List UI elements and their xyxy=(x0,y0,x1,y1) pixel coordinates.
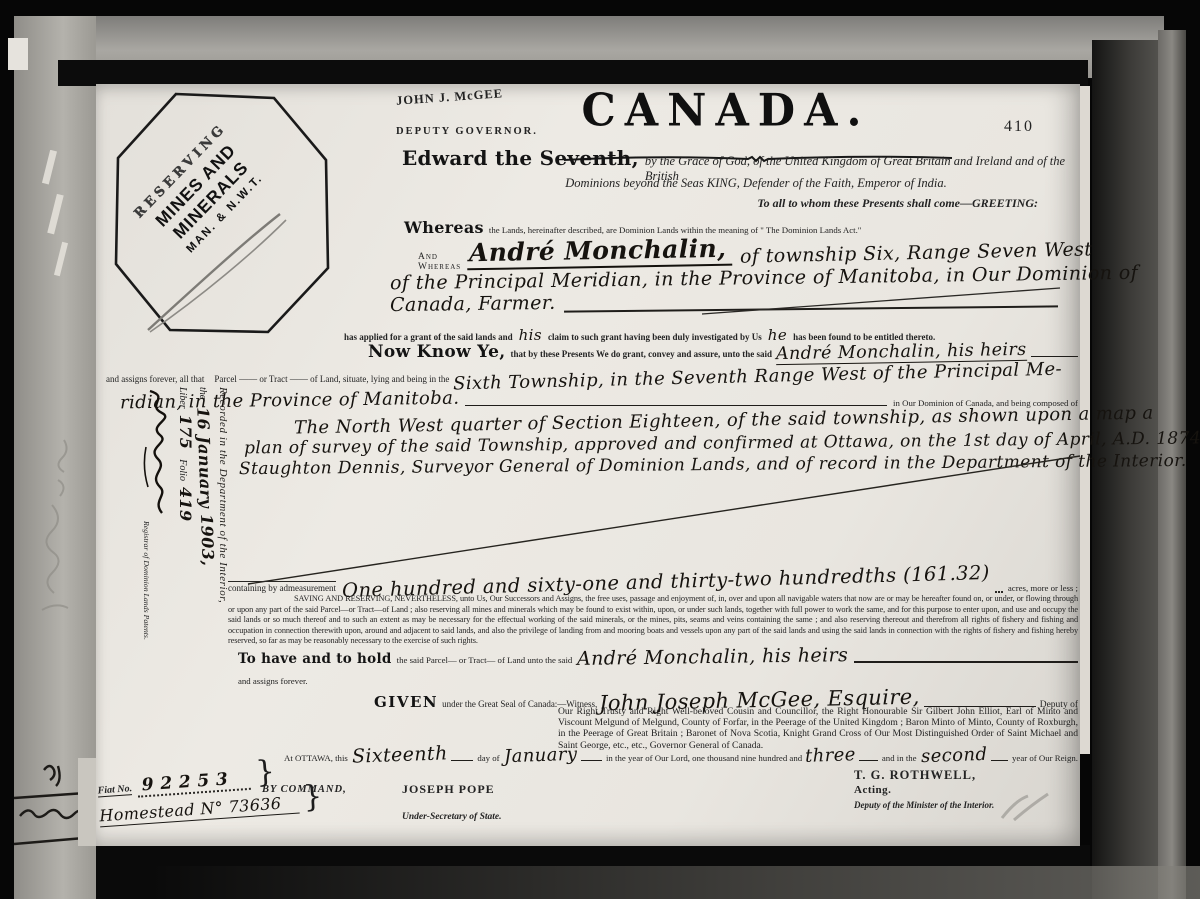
fill-diagonal-small xyxy=(702,284,1062,316)
and-in-the-text: and in the xyxy=(882,753,917,763)
assigns-forever-line: and assigns forever. xyxy=(238,676,308,686)
book-bottom-edge xyxy=(150,866,1200,899)
fill-rule xyxy=(451,756,473,761)
folio-value-handwritten: 419 xyxy=(176,487,195,522)
saving-reserving-paragraph: SAVING AND RESERVING, NEVERTHELESS, unto… xyxy=(228,594,1078,647)
land-patent-document: RESERVING MINES AND MINERALS MAN. & N.W.… xyxy=(96,84,1080,846)
applied-print-2: claim to such grant having been duly inv… xyxy=(548,332,762,342)
acreage-line: containing by admeasurement One hundred … xyxy=(228,570,1078,593)
under-secretary-title: Under-Secretary of State. xyxy=(402,812,501,822)
monarch-name: Edward the Seventh, xyxy=(402,146,639,170)
containing-label: containing by admeasurement xyxy=(228,581,336,593)
the-label: the xyxy=(197,387,208,399)
year-handwritten: three xyxy=(805,744,856,767)
registrar-line: Registrar of Dominion Lands Patents. xyxy=(142,387,176,651)
pencil-smudge xyxy=(996,784,1056,824)
acting-label: Acting. xyxy=(854,784,891,796)
royal-style-line2: Dominions beyond the Seas KING, Defender… xyxy=(456,176,1056,191)
fill-rule xyxy=(991,756,1008,761)
recorded-date-handwritten: 16 January 1903, xyxy=(193,407,218,567)
page-stack-shadow xyxy=(58,60,1088,86)
recorded-in-department: Recorded in the Department of the Interi… xyxy=(217,387,229,651)
brace-glyph: } xyxy=(255,762,275,783)
parcel-line: and assigns forever, all that Parcel —— … xyxy=(106,366,1078,387)
habendum-print-1: the said Parcel— or Tract— of Land unto … xyxy=(397,655,573,665)
to-have-and-hold-label: To have and to hold xyxy=(238,651,392,667)
grant-print-2b: Parcel —— or Tract —— of Land, situate, … xyxy=(214,374,449,384)
now-know-ye-label: Now Know Ye, xyxy=(368,342,505,362)
liber-folio-line: Liber 175 Folio 419 xyxy=(176,387,195,651)
grant-print-2: and assigns forever, all that xyxy=(106,374,204,384)
day-of-text: day of xyxy=(477,753,499,763)
whereas-line: Whereas the Lands, hereinafter described… xyxy=(404,218,861,237)
acres-more-or-less: acres, more or less ; xyxy=(1008,583,1078,593)
greeting-line: To all to whom these Presents shall come… xyxy=(656,196,1038,211)
reign-year-handwritten: second xyxy=(920,744,987,767)
fill-rule xyxy=(581,756,602,761)
recorded-date-line: the 16 January 1903, xyxy=(196,387,215,651)
deputy-minister-title: Deputy of the Minister of the Interior. xyxy=(854,800,994,810)
folio-page-number: 410 xyxy=(1004,118,1034,136)
margin-recording-note: Recorded in the Department of the Interi… xyxy=(103,387,229,651)
page-corner-fragment xyxy=(8,38,28,70)
applied-print-1: has applied for a grant of the said land… xyxy=(344,332,513,342)
grant-print-1: that by these Presents We do grant, conv… xyxy=(510,349,772,359)
fill-dotted-rule xyxy=(995,587,1003,593)
photographed-ledger-page: RESERVING MINES AND MINERALS MAN. & N.W.… xyxy=(0,0,1200,899)
habendum-line: To have and to hold the said Parcel— or … xyxy=(238,646,1078,668)
fill-rule xyxy=(465,401,887,406)
liber-value-handwritten: 175 xyxy=(176,415,195,450)
occupation-handwritten: Canada, Farmer. xyxy=(390,292,556,316)
applied-print-3: has been found to be entitled thereto. xyxy=(793,332,935,342)
registrar-title: Registrar of Dominion Lands Patents. xyxy=(142,521,151,640)
fill-rule xyxy=(859,756,878,761)
whereas-clause: the Lands, hereinafter described, are Do… xyxy=(489,225,861,235)
registrar-signature xyxy=(142,387,176,517)
fill-rule xyxy=(1031,352,1078,357)
edge-highlight-marks xyxy=(36,150,76,280)
file-numbers-block: Fiat No. 9 2 2 5 3 } Homestead N° 73636 … xyxy=(97,754,400,828)
habendum-hand-name: André Monchalin, his heirs xyxy=(577,644,848,670)
folio-label: Folio xyxy=(177,459,188,481)
rothwell-signature: T. G. ROTHWELL, xyxy=(854,768,976,783)
dateline: At OTTAWA, this Sixteenth day of January… xyxy=(284,744,1078,766)
year-of-lord-text: in the year of Our Lord, one thousand ni… xyxy=(606,753,802,763)
pencil-check-mark xyxy=(114,92,330,336)
whereas-label: Whereas xyxy=(404,218,484,237)
faint-margin-scribbles xyxy=(18,410,94,660)
previous-page-writing-fragment xyxy=(14,752,100,852)
and-whereas-label: And Whereas xyxy=(418,252,461,272)
year-of-reign-text: year of Our Reign. xyxy=(1012,753,1078,763)
grantee-name-handwritten: André Monchalin, xyxy=(467,234,733,271)
fill-rule xyxy=(854,657,1079,663)
page-title: CANADA. xyxy=(496,85,956,138)
given-label: GIVEN xyxy=(374,693,438,711)
brace-glyph: } xyxy=(302,787,322,808)
deputy-governor-signature: JOHN J. McGEE xyxy=(396,86,504,108)
under-secretary-signature: JOSEPH POPE xyxy=(402,782,495,797)
fiat-label: Fiat No. xyxy=(97,783,132,797)
mines-minerals-stamp: RESERVING MINES AND MINERALS MAN. & N.W.… xyxy=(114,92,330,336)
month-handwritten: January xyxy=(503,744,577,768)
liber-label: Liber xyxy=(177,387,188,409)
